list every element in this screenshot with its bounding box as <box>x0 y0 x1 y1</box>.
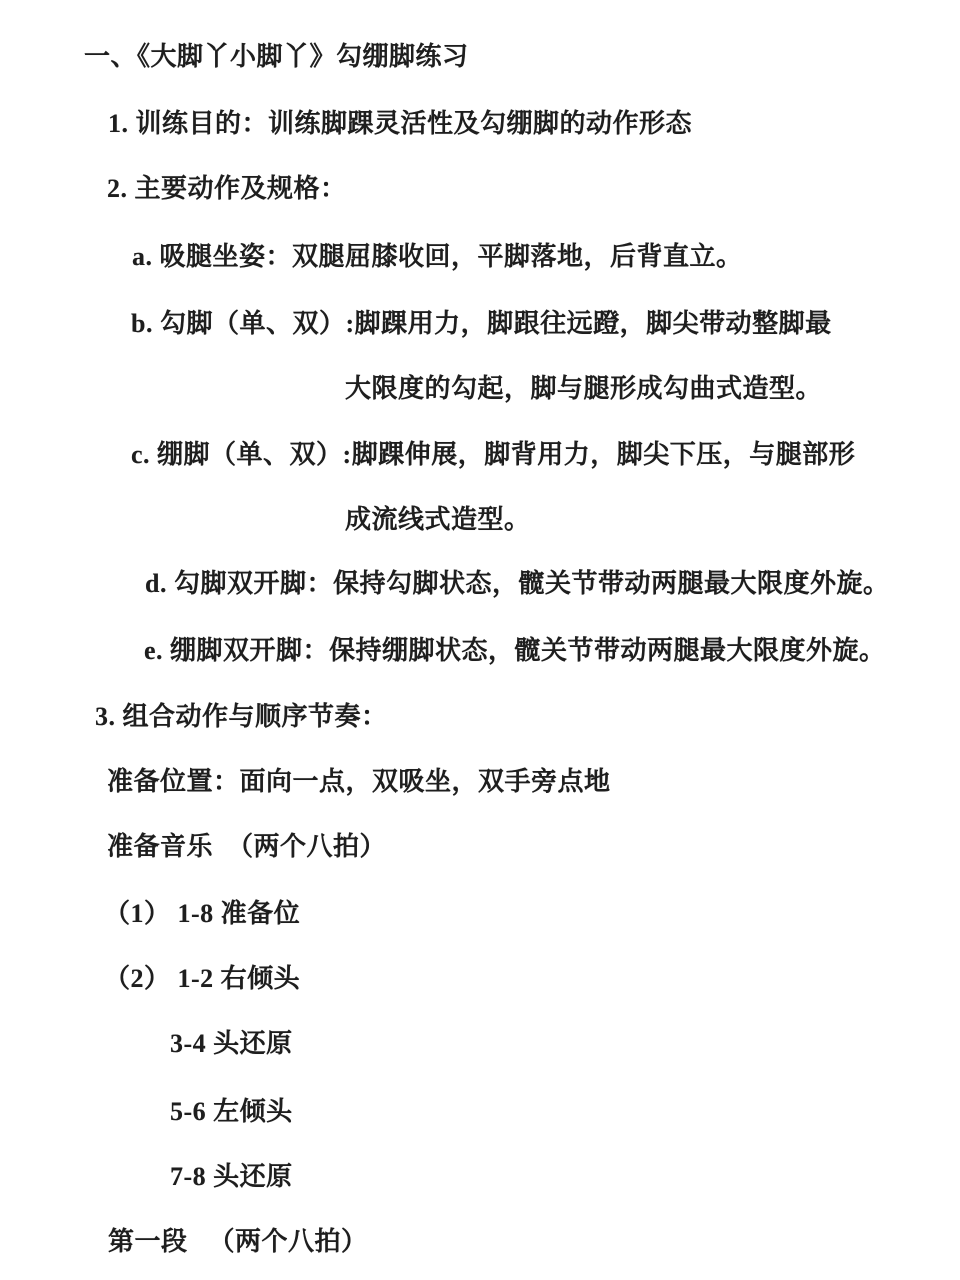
action-c-point-foot: c. 绷脚（单、双）:脚踝伸展，脚背用力，脚尖下压，与腿部形 <box>131 440 855 470</box>
doc-title: 一、《大脚丫小脚丫》勾绷脚练习 <box>84 42 469 72</box>
training-purpose-line: 1. 训练目的：训练脚踝灵活性及勾绷脚的动作形态 <box>108 109 692 139</box>
action-c-continuation: 成流线式造型。 <box>345 505 531 535</box>
section-1-heading: 第一段 （两个八拍） <box>108 1227 368 1257</box>
sequence-item-2-beats-7-8: 7-8 头还原 <box>170 1162 293 1192</box>
prep-position-line: 准备位置：面向一点，双吸坐，双手旁点地 <box>107 767 611 797</box>
document-page: 一、《大脚丫小脚丫》勾绷脚练习 1. 训练目的：训练脚踝灵活性及勾绷脚的动作形态… <box>0 0 960 1280</box>
action-b-hook-foot: b. 勾脚（单、双）:脚踝用力，脚跟往远蹬，脚尖带动整脚最 <box>131 309 832 339</box>
main-actions-heading: 2. 主要动作及规格： <box>107 174 347 204</box>
action-a-sitting-posture: a. 吸腿坐姿：双腿屈膝收回，平脚落地，后背直立。 <box>132 242 743 272</box>
action-e-point-open-feet: e. 绷脚双开脚：保持绷脚状态，髋关节带动两腿最大限度外旋。 <box>144 636 886 666</box>
sequence-item-2: （2） 1-2 右倾头 <box>104 964 300 994</box>
prep-music-line: 准备音乐 （两个八拍） <box>107 832 386 862</box>
sequence-item-2-beats-3-4: 3-4 头还原 <box>170 1029 293 1059</box>
action-d-hook-open-feet: d. 勾脚双开脚：保持勾脚状态，髋关节带动两腿最大限度外旋。 <box>145 569 889 599</box>
sequence-item-2-beats-5-6: 5-6 左倾头 <box>170 1097 293 1127</box>
action-b-continuation: 大限度的勾起，脚与腿形成勾曲式造型。 <box>345 374 822 404</box>
sequence-item-1: （1） 1-8 准备位 <box>104 899 300 929</box>
combo-rhythm-heading: 3. 组合动作与顺序节奏： <box>95 702 388 732</box>
